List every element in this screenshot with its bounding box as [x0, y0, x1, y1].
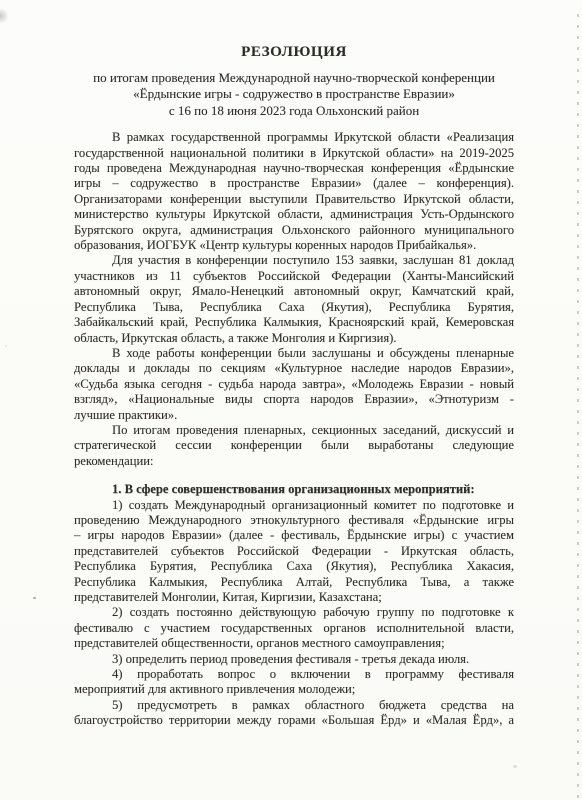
- subtitle-line: с 16 по 18 июня 2023 года Ольхонский рай…: [74, 103, 514, 119]
- text-line: годы проведена Международная научно-твор…: [74, 161, 514, 176]
- text-line: министерство культуры Иркутской области,…: [74, 207, 514, 222]
- text-line: проведению Международного этнокультурног…: [74, 513, 514, 528]
- document-body: В рамках государственной программы Иркут…: [74, 130, 514, 728]
- document-page: РЕЗОЛЮЦИЯ по итогам проведения Междунаро…: [0, 0, 582, 800]
- text-line: Организаторами конференции выступили Пра…: [74, 192, 514, 207]
- text-line: доклады и доклады по секциям «Культурное…: [74, 361, 514, 376]
- paragraph-sections: В ходе работы конференции были заслушаны…: [74, 346, 514, 423]
- recommendation-item-4: 4) проработать вопрос о включении в прог…: [74, 667, 514, 698]
- document-title: РЕЗОЛЮЦИЯ: [74, 43, 514, 61]
- text-line: 4) проработать вопрос о включении в прог…: [74, 667, 514, 682]
- section-1-heading: 1. В сфере совершенствования организацио…: [74, 482, 514, 497]
- scan-smudge: [0, 8, 9, 24]
- text-line: область, Иркутская область, а также Монг…: [74, 331, 514, 346]
- text-line: государственной национальной политики в …: [74, 146, 514, 161]
- text-line: образования, ИОГБУК «Центр культуры коре…: [74, 238, 514, 253]
- text-line: взгляд», «Национальные виды спорта народ…: [74, 392, 514, 407]
- text-line: представителей общественности, органов м…: [74, 636, 514, 651]
- text-line: Республика Тыва, Республика Саха (Якутия…: [74, 300, 514, 315]
- recommendation-item-5: 5) предусмотреть в рамках областного бюд…: [74, 698, 514, 729]
- text-line: В ходе работы конференции были заслушаны…: [74, 346, 514, 361]
- text-line: 2) создать постоянно действующую рабочую…: [74, 605, 514, 620]
- paragraph-participation: Для участия в конференции поступило 153 …: [74, 253, 514, 345]
- scan-speck: [513, 765, 517, 768]
- text-line: благоустройство территории между горами …: [74, 713, 514, 728]
- text-line: В рамках государственной программы Иркут…: [74, 130, 514, 145]
- text-line: Для участия в конференции поступило 153 …: [74, 253, 514, 268]
- text-line: 1) создать Международный организационный…: [74, 498, 514, 513]
- text-line: – игры народов Евразии» (далее - фестива…: [74, 528, 514, 543]
- text-line: 1. В сфере совершенствования организацио…: [74, 482, 514, 497]
- paragraph-recommendations-intro: По итогам проведения пленарных, секционн…: [74, 423, 514, 469]
- text-line: По итогам проведения пленарных, секционн…: [74, 423, 514, 438]
- text-line: автономный округ, Ямало-Ненецкий автоном…: [74, 284, 514, 299]
- text-line: участников из 11 субъектов Российской Фе…: [74, 269, 514, 284]
- text-line: Республика Бурятия, Республика Саха (Яку…: [74, 559, 514, 574]
- text-line: Республика Калмыкия, Республика Алтай, Р…: [74, 575, 514, 590]
- text-line: стратегической сессии конференции были в…: [74, 438, 514, 453]
- text-line: Забайкальский край, Республика Калмыкия,…: [74, 315, 514, 330]
- subtitle-line: «Ёрдынские игры - содружество в простран…: [74, 86, 514, 102]
- text-line: фестивалю с участием государственных орг…: [74, 621, 514, 636]
- text-line: 5) предусмотреть в рамках областного бюд…: [74, 698, 514, 713]
- text-line: «Судьба языка сегодня - судьба народа за…: [74, 377, 514, 392]
- scan-speck: [33, 597, 36, 599]
- text-line: представителей субъектов Российской Феде…: [74, 544, 514, 559]
- scan-speck: [366, 597, 368, 599]
- scan-speck: [5, 345, 7, 347]
- text-line: 3) определить период проведения фестивал…: [74, 652, 514, 667]
- scan-edge-noise: [577, 14, 579, 800]
- subtitle-line: по итогам проведения Международной научн…: [74, 70, 514, 86]
- text-line: игры – содружество в пространстве Еврази…: [74, 176, 514, 191]
- paragraph-program: В рамках государственной программы Иркут…: [74, 130, 514, 253]
- text-line: лучшие практики».: [74, 408, 514, 423]
- recommendation-item-2: 2) создать постоянно действующую рабочую…: [74, 605, 514, 651]
- document-subtitle: по итогам проведения Международной научн…: [74, 70, 514, 119]
- text-line: рекомендации:: [74, 454, 514, 469]
- text-line: представителей Монголии, Китая, Киргизии…: [74, 590, 514, 605]
- recommendation-item-1: 1) создать Международный организационный…: [74, 498, 514, 606]
- text-line: Бурятского округа, администрация Ольхонс…: [74, 223, 514, 238]
- recommendation-item-3: 3) определить период проведения фестивал…: [74, 652, 514, 667]
- text-line: мероприятий для активного привлечения мо…: [74, 682, 514, 697]
